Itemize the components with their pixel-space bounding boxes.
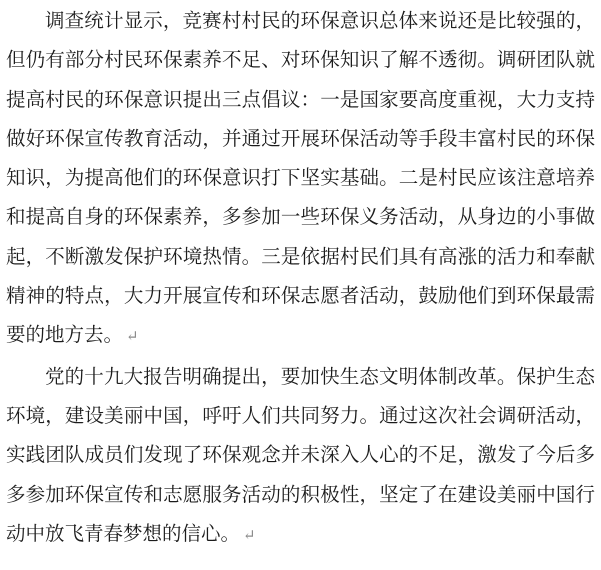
- paragraph-1-line-5: 知识，为提高他们的环保意识打下坚实基础。二是村民应该注意培养: [6, 159, 595, 198]
- paragraph-1-line-7: 起，不断激发保护环境热情。三是依据村民们具有高涨的活力和奉献: [6, 238, 595, 277]
- line-text: 多参加环保宣传和志愿服务活动的积极性，坚定了在建设美丽中国行: [6, 485, 595, 506]
- line-text: 环境，建设美丽中国，呼吁人们共同努力。通过这次社会调研活动，: [6, 406, 595, 427]
- line-text: 做好环保宣传教育活动，并通过开展环保活动等手段丰富村民的环保: [6, 129, 595, 150]
- paragraph-2-line-4: 多参加环保宣传和志愿服务活动的积极性，坚定了在建设美丽中国行: [6, 476, 595, 515]
- line-text: 党的十九大报告明确提出，要加快生态文明体制改革。保护生态: [45, 367, 595, 388]
- line-text: 但仍有部分村民环保素养不足、对环保知识了解不透彻。调研团队就: [6, 50, 595, 71]
- line-text: 起，不断激发保护环境热情。三是依据村民们具有高涨的活力和奉献: [6, 247, 595, 268]
- paragraph-1-line-6: 和提高自身的环保素养，多参加一些环保义务活动，从身边的小事做: [6, 198, 595, 237]
- paragraph-2-line-5: 动中放飞青春梦想的信心。↵: [6, 515, 595, 556]
- paragraph-1-line-3: 提高村民的环保意识提出三点倡议：一是国家要高度重视，大力支持: [6, 81, 595, 120]
- paragraph-1-line-4: 做好环保宣传教育活动，并通过开展环保活动等手段丰富村民的环保: [6, 120, 595, 159]
- line-text: 和提高自身的环保素养，多参加一些环保义务活动，从身边的小事做: [6, 207, 595, 228]
- line-text: 动中放飞青春梦想的信心。: [6, 524, 240, 545]
- paragraph-1-line-1: 调查统计显示，竞赛村村民的环保意识总体来说还是比较强的，: [6, 2, 595, 41]
- paragraph-mark-icon: ↵: [243, 528, 256, 544]
- paragraph-mark-icon: ↵: [126, 329, 139, 345]
- paragraph-2-line-3: 实践团队成员们发现了环保观念并未深入人心的不足，激发了今后多: [6, 436, 595, 475]
- paragraph-1-line-9: 要的地方去。↵: [6, 316, 595, 357]
- paragraph-2-line-1: 党的十九大报告明确提出，要加快生态文明体制改革。保护生态: [6, 358, 595, 397]
- line-text: 实践团队成员们发现了环保观念并未深入人心的不足，激发了今后多: [6, 445, 595, 466]
- line-text: 要的地方去。: [6, 325, 123, 346]
- line-text: 知识，为提高他们的环保意识打下坚实基础。二是村民应该注意培养: [6, 168, 595, 189]
- paragraph-1-line-8: 精神的特点，大力开展宣传和环保志愿者活动，鼓励他们到环保最需: [6, 277, 595, 316]
- document-page: 调查统计显示，竞赛村村民的环保意识总体来说还是比较强的，但仍有部分村民环保素养不…: [0, 0, 601, 570]
- paragraph-1-line-2: 但仍有部分村民环保素养不足、对环保知识了解不透彻。调研团队就: [6, 41, 595, 80]
- document-body[interactable]: 调查统计显示，竞赛村村民的环保意识总体来说还是比较强的，但仍有部分村民环保素养不…: [6, 2, 595, 556]
- line-text: 调查统计显示，竞赛村村民的环保意识总体来说还是比较强的，: [45, 11, 595, 32]
- line-text: 提高村民的环保意识提出三点倡议：一是国家要高度重视，大力支持: [6, 90, 595, 111]
- paragraph-2-line-2: 环境，建设美丽中国，呼吁人们共同努力。通过这次社会调研活动，: [6, 397, 595, 436]
- line-text: 精神的特点，大力开展宣传和环保志愿者活动，鼓励他们到环保最需: [6, 286, 595, 307]
